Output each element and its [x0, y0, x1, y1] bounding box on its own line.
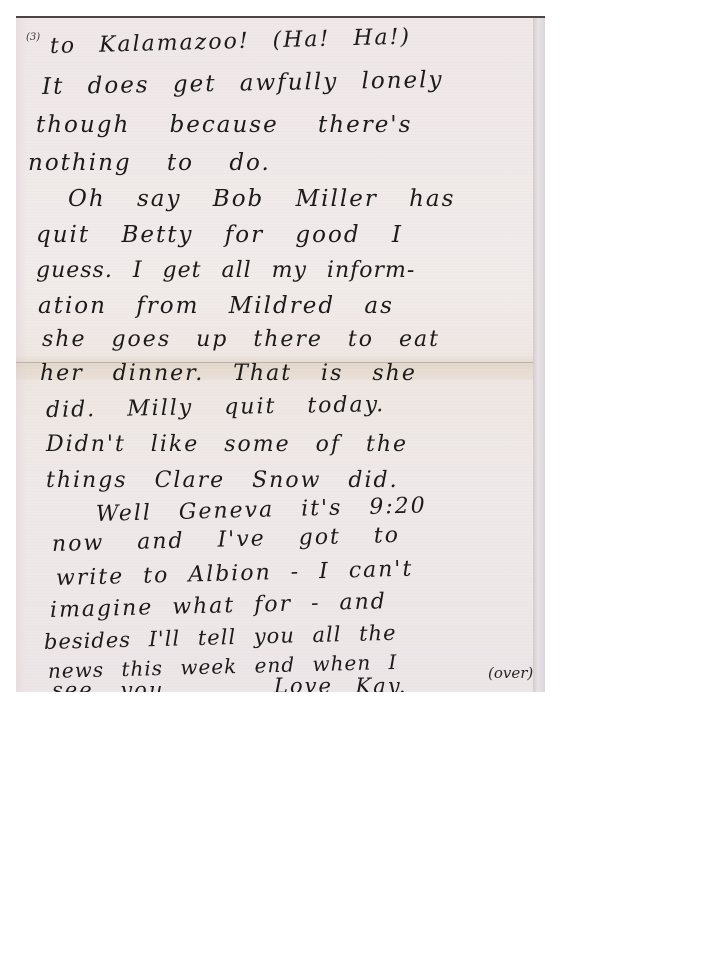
- handwritten-line: ation from Mildred as: [38, 293, 394, 319]
- handwritten-line: did. Milly quit today.: [46, 392, 386, 423]
- handwritten-line: Oh say Bob Miller has: [68, 186, 455, 212]
- handwritten-line: besides I'll tell you all the: [44, 621, 397, 654]
- handwritten-line: she goes up there to eat: [42, 327, 440, 352]
- over-note: (over): [488, 664, 533, 682]
- handwritten-line: Well Geneva it's 9:20: [96, 493, 427, 527]
- letter-page: (3) to Kalamazoo! (Ha! Ha!) It does get …: [16, 16, 545, 692]
- page-number: (3): [26, 32, 40, 43]
- handwritten-line: see you.: [52, 678, 173, 692]
- handwritten-line: her dinner. That is she: [40, 361, 417, 386]
- handwritten-line: quit Betty for good I: [36, 222, 403, 248]
- handwritten-line: now and I've got to: [52, 523, 401, 557]
- letter-closing-signature: Love Kay.: [274, 674, 408, 692]
- handwritten-line: though because there's: [36, 112, 412, 138]
- handwritten-line: It does get awfully lonely: [42, 67, 444, 100]
- handwritten-line: to Kalamazoo! (Ha! Ha!): [50, 25, 412, 59]
- handwritten-line: Didn't like some of the: [46, 432, 408, 457]
- handwritten-line: guess. I get all my inform-: [36, 258, 415, 283]
- handwritten-line: nothing to do.: [28, 150, 271, 176]
- handwritten-line: imagine what for - and: [50, 589, 388, 623]
- handwritten-line: write to Albion - I can't: [56, 557, 414, 591]
- paper-right-edge-shadow: [533, 18, 545, 692]
- handwritten-line: things Clare Snow did.: [46, 468, 399, 493]
